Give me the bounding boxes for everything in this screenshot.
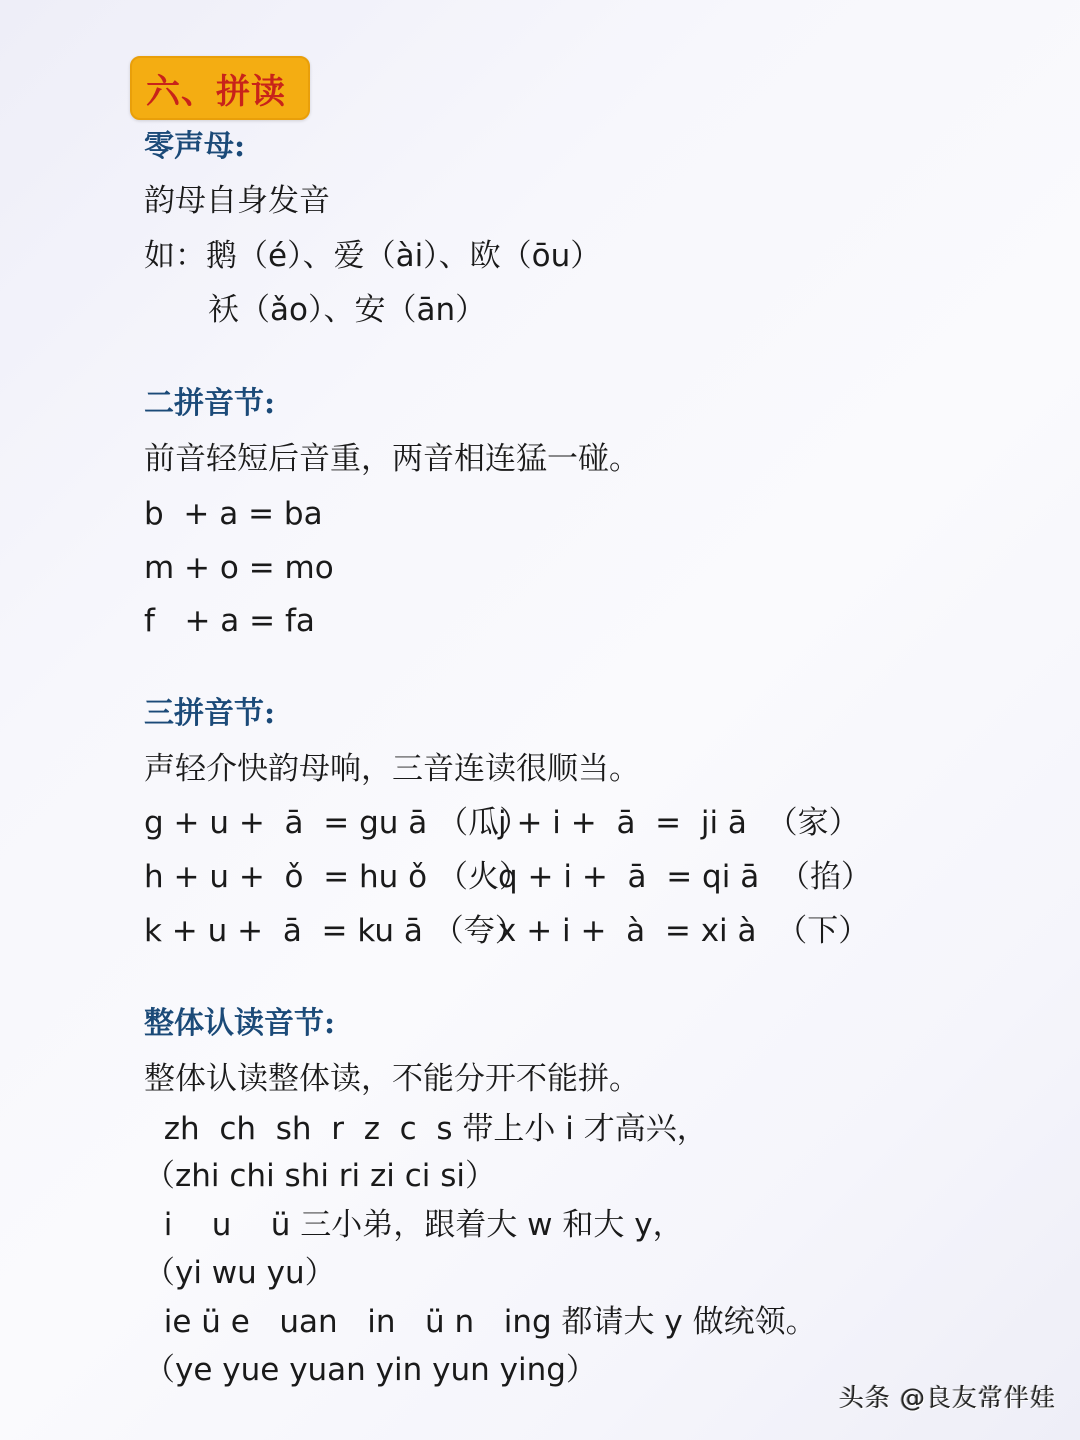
whole-syllables-rhyme: 整体认读整体读，不能分开不能拼。 — [144, 1059, 640, 1099]
whole-syllables-line: （ye yue yuan yin yun ying） — [144, 1350, 597, 1390]
section-title-badge: 六、拼读 — [130, 56, 310, 120]
zero-initial-example-1: 如：鹅（é）、爱（ài）、欧（ōu） — [144, 236, 601, 276]
three-part-example: x + i + à = xi à （下） — [498, 911, 869, 951]
pinyin-reading-page: 六、拼读 零声母: 韵母自身发音 如：鹅（é）、爱（ài）、欧（ōu） 袄（ǎo… — [0, 0, 1080, 1440]
heading-two-part: 二拼音节: — [144, 384, 275, 424]
three-part-example: h + u + ǒ = hu ǒ （火） — [144, 857, 498, 897]
three-part-rhyme: 声轻介快韵母响，三音连读很顺当。 — [144, 749, 640, 789]
whole-syllables-line: （yi wu yu） — [144, 1253, 336, 1293]
zero-initial-desc: 韵母自身发音 — [144, 181, 330, 221]
three-part-example: j + i + ā = ji ā （家） — [498, 803, 860, 843]
zero-initial-example-2: 袄（ǎo）、安（ān） — [208, 290, 486, 330]
three-part-row: h + u + ǒ = hu ǒ （火） q + i + ā = qi ā （掐… — [144, 857, 872, 897]
two-part-example: b + a = ba — [144, 494, 323, 534]
three-part-example: k + u + ā = ku ā （夸） — [144, 911, 498, 951]
three-part-example: g + u + ā = gu ā （瓜） — [144, 803, 498, 843]
whole-syllables-line: ie ü e uan in ü n ing 都请大 y 做统领。 — [144, 1302, 817, 1342]
heading-zero-initial: 零声母: — [144, 127, 245, 167]
three-part-row: g + u + ā = gu ā （瓜） j + i + ā = ji ā （家… — [144, 803, 860, 843]
watermark: 头条 @良友常伴娃 — [839, 1378, 1056, 1414]
three-part-row: k + u + ā = ku ā （夸） x + i + à = xi à （下… — [144, 911, 869, 951]
heading-three-part: 三拼音节: — [144, 694, 275, 734]
heading-whole-syllables: 整体认读音节: — [144, 1004, 335, 1044]
two-part-example: m + o = mo — [144, 548, 334, 588]
two-part-rhyme: 前音轻短后音重，两音相连猛一碰。 — [144, 439, 640, 479]
whole-syllables-line: i u ü 三小弟，跟着大 w 和大 y， — [144, 1205, 684, 1245]
two-part-example: f + a = fa — [144, 601, 315, 641]
three-part-example: q + i + ā = qi ā （掐） — [498, 857, 872, 897]
section-title: 六、拼读 — [146, 64, 286, 113]
whole-syllables-line: zh ch sh r z c s 带上小 i 才高兴， — [144, 1109, 708, 1149]
whole-syllables-line: （zhi chi shi ri zi ci si） — [144, 1156, 496, 1196]
